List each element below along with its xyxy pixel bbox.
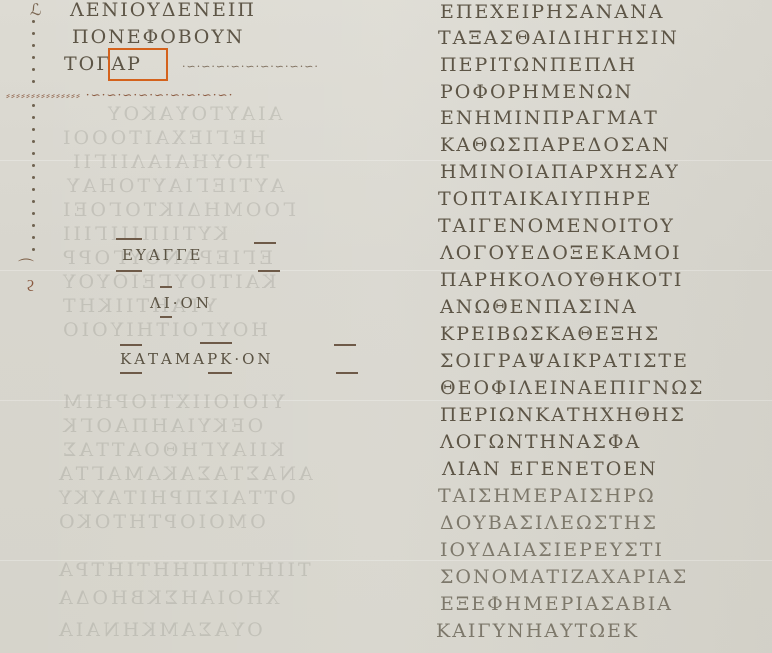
text-line: ΕΠΕΧΕΙΡΗΣΑΝΑΝΑ: [440, 2, 664, 22]
bleed-through-line: ΟΜΟΙΟΡΤΗΤΟΚΟ: [56, 512, 266, 532]
bleed-through-line: ΥΙΟΙΟΙΙΧΤΙΟΡΗΙΜ: [60, 392, 284, 412]
text-line: ΡΟΦΟΡΗΜΕΝΩΝ: [440, 82, 633, 102]
margin-dotted-line: [32, 20, 36, 260]
ornament-bar: [116, 238, 142, 240]
bleed-through-line: ΗΕΓΙΕΧΑΙΤΟΟΟΙ: [60, 128, 266, 148]
text-line: ΘΕΟΦΙΛΕΙΝΑΕΠΙΓΝΩΣ: [440, 378, 705, 398]
text-line: ΤΑΙΓΕΝΟΜΕΝΟΙΤΟΥ: [438, 216, 675, 236]
text-line: ΠΑΡΗΚΟΛΟΥΘΗΚΟΤΙ: [440, 270, 683, 290]
colophon-line-1: ΕΥΑΓΓΕ: [122, 246, 203, 264]
bleed-through-line: ΤΙΙΗΤΙΠΠΗΗΤΙΗΤΡΑ: [56, 560, 311, 580]
ornament-bar: [120, 372, 142, 374]
coronis-ornament-icon: ⌒: [18, 254, 35, 277]
text-line: ΠΕΡΙΩΝΚΑΤΗΧΗΘΗΣ: [440, 405, 686, 425]
right-column: ΕΠΕΧΕΙΡΗΣΑΝΑΝΑ ΤΑΞΑΣΘΑΙΔΙΗΓΗΣΙΝ ΠΕΡΙΤΩΝΠ…: [430, 0, 772, 653]
annotation-highlight-box: [108, 48, 168, 81]
text-line: ΠΟΝΕΦΟΒΟΥΝ: [72, 27, 245, 47]
ornament-bar: [160, 286, 172, 288]
text-line: ΣΟΝΟΜΑΤΙΖΑΧΑΡΙΑΣ: [440, 567, 688, 587]
bleed-through-line: ΑΙΑΥΤΟΥΑΚΟΥ: [105, 104, 282, 124]
bleed-through-line: ΟΥΑΣΑΜΚΗΝΑΙΑ: [56, 620, 263, 640]
ornament-bar: [116, 270, 142, 272]
text-line: ΙΟΥΔΑΙΑΣΙΕΡΕΥΣΤΙ: [440, 540, 664, 560]
bleed-through-line: ΚΙΙΑΥΓΗΘΟΑΤΤΑΣ: [60, 440, 285, 460]
colophon-line-3: ΚΑΤΑΜΑΡΚ·ΟΝ: [120, 350, 274, 368]
text-line: ΤΑΙΣΗΜΕΡΑΙΣΗΡΩ: [438, 486, 656, 506]
left-column: ℒ ΛΕΝΙΟΥΔΕΝΕΙΠ ΠΟΝΕΦΟΒΟΥΝ ΤΟΓΑΡ ·∽·∽·∽·∽…: [0, 0, 420, 653]
text-line: ΚΑΙΓΥΝΗΑΥΤΩΕΚ: [436, 621, 639, 641]
bleed-through-line: ΗΟΥΓΟΙΤΗΙΥΟΙΟ: [60, 320, 268, 340]
ornament-bar: [336, 372, 358, 374]
ornament-bar: [120, 344, 142, 346]
text-line: ΕΞΕΦΗΜΕΡΙΑΣΑΒΙΑ: [440, 594, 673, 614]
bleed-through-line: ΑΥΤΙΕΓΙΑΥΤΟΗΑΥ: [64, 176, 284, 196]
text-line: ΠΕΡΙΤΩΝΠΕΠΛΗ: [440, 55, 637, 75]
ornament-bar: [200, 342, 232, 344]
coronis-top-icon: ℒ: [30, 0, 43, 19]
bleed-through-line: ΤΙΟΥΗΑΙΑΛΙΙΓΙΙ: [70, 152, 269, 172]
text-line: ΑΝΩΘΕΝΠΑΣΙΝΑ: [440, 297, 638, 317]
text-line: ΔΟΥΒΑΣΙΛΕΩΣΤΗΣ: [440, 513, 658, 533]
bleed-through-line: ΓΟΟΜΗΔΙΚΤΟΓΟΕΙ: [60, 200, 296, 220]
text-line: ΕΝΗΜΙΝΠΡΑΓΜΑΤ: [440, 108, 659, 128]
text-line: ΤΑΞΑΣΘΑΙΔΙΗΓΗΣΙΝ: [438, 28, 679, 48]
line-filler-ornament: ·∽·∽·∽·∽·∽·∽·∽·∽·∽·: [182, 60, 319, 73]
end-of-book-ornament: ⸗⸗⸗⸗⸗⸗⸗⸗⸗⸗⸗⸗⸗⸗⸗ ·∽·∽·∽·∽·∽·∽·∽·∽·∽·: [6, 88, 233, 103]
text-line: ΛΟΓΟΥΕΔΟΞΕΚΑΜΟΙ: [440, 243, 681, 263]
text-line: ΚΑΘΩΣΠΑΡΕΔΟΣΑΝ: [440, 135, 671, 155]
bleed-through-line: ΚΥΤΙΙΠΙΙΙΓΙΙΙ: [60, 224, 228, 244]
ornament-bar: [258, 270, 280, 272]
bleed-through-line: ΑΝΑΣΤΑΣΑΚΑΜΑΓΤΑ: [56, 464, 313, 484]
bleed-through-line: ΧΗΟΙΑΗΣΚΒΗΟΔΑ: [56, 588, 280, 608]
text-line: ΣΟΙΓΡΑΨΑΙΚΡΑΤΙΣΤΕ: [440, 351, 689, 371]
text-line: ΛΕΝΙΟΥΔΕΝΕΙΠ: [70, 0, 256, 20]
bleed-through-line: ΟΤΤΑΙΣΠΡΗΙΤΑΥΚΥ: [56, 488, 296, 508]
bleed-through-line: ΟΕΚΥΙΑΗΠΑΟΓΚ: [60, 416, 263, 436]
text-line: ΤΟΠΤΑΙΚΑΙΥΠΗΡΕ: [438, 189, 652, 209]
colophon-line-2: ΛΙ·ΟΝ: [150, 294, 212, 312]
manuscript-page: ℒ ΛΕΝΙΟΥΔΕΝΕΙΠ ΠΟΝΕΦΟΒΟΥΝ ΤΟΓΑΡ ·∽·∽·∽·∽…: [0, 0, 772, 653]
ornament-bar: [334, 344, 356, 346]
text-line: ΛΟΓΩΝΤΗΝΑΣΦΑ: [440, 432, 641, 452]
bleed-through-line: ΚΑΙΤΙΟΥΓΕΙΟΥΟΥ: [60, 272, 277, 292]
ornament-bar: [208, 372, 232, 374]
ornament-bar: [160, 316, 172, 318]
text-line: ΗΜΙΝΟΙΑΠΑΡΧΗΣΑΥ: [440, 162, 680, 182]
text-line: ΚΡΕΙΒΩΣΚΑΘΕΞΗΣ: [440, 324, 660, 344]
coronis-hook-icon: ϩ: [26, 276, 36, 296]
text-line: ΛΙΑΝ ΕΓΕΝΕΤΟΕΝ: [442, 459, 658, 479]
ornament-bar: [254, 242, 276, 244]
